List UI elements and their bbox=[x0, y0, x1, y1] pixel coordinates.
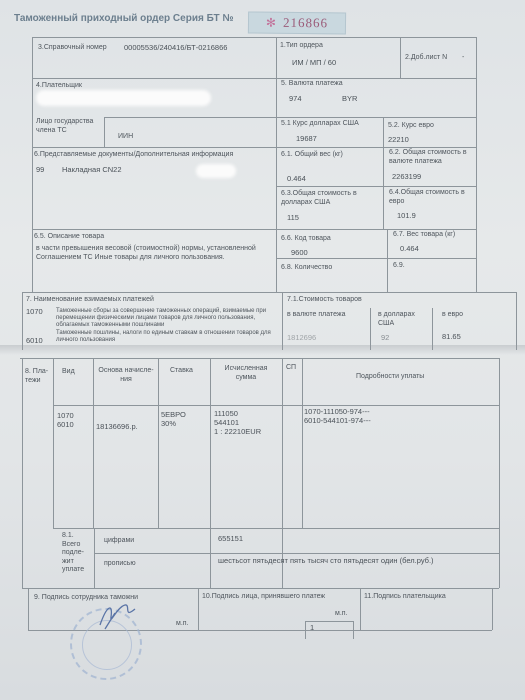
box6-2-label: 6.2. Общая стоимость в валюте платежа bbox=[389, 149, 473, 166]
box6-9-label: 6.9. bbox=[393, 262, 405, 271]
box2-value: - bbox=[462, 54, 464, 63]
box1-label: 1.Тип ордера bbox=[280, 42, 323, 51]
header-type: Вид bbox=[62, 368, 75, 377]
doc-code: 99 bbox=[36, 166, 44, 175]
box6-7-label: 6.7. Вес товара (кг) bbox=[393, 231, 455, 240]
serial-number: 216866 bbox=[283, 15, 328, 31]
col-payment-currency: в валюте платежа bbox=[287, 311, 345, 320]
box6-4-label: 6.4.Общая стоимость в евро bbox=[389, 189, 473, 206]
fee-description-2: Таможенные пошлины, налоги по единым ста… bbox=[56, 330, 278, 344]
box5-label: 5. Валюта платежа bbox=[281, 80, 343, 89]
box6-6-label: 6.6. Код товара bbox=[281, 235, 331, 244]
box5-2-label: 5.2. Курс евро bbox=[388, 122, 434, 131]
digits-label: цифрами bbox=[104, 537, 134, 546]
eur-rate: 22210 bbox=[388, 136, 409, 145]
col-usd: в долларах США bbox=[378, 311, 428, 328]
member-state-person-label: Лицо государства члена ТС bbox=[36, 118, 102, 135]
fee-code-1: 1070 bbox=[26, 308, 43, 317]
box9-mp: м.п. bbox=[176, 620, 189, 629]
serial-number-badge: ✻ 216866 bbox=[248, 11, 346, 34]
payment-type-2: 6010 bbox=[57, 421, 74, 430]
iin-label: ИИН bbox=[118, 133, 133, 142]
header-details: Подробности уплаты bbox=[356, 373, 424, 382]
total-cost-usd: 115 bbox=[287, 214, 299, 223]
header-sp: СП bbox=[286, 364, 296, 373]
asterisk-icon: ✻ bbox=[266, 15, 277, 30]
words-label: прописью bbox=[104, 560, 136, 569]
redacted-doc-number bbox=[196, 164, 236, 178]
box8-1-label: 8.1. Всего подле-жит уплате bbox=[62, 532, 92, 575]
box2-label: 2.Доб.лист N bbox=[405, 54, 447, 63]
payment-rate-2: 30% bbox=[161, 420, 176, 429]
total-cost-payment-currency: 2263199 bbox=[392, 173, 421, 182]
currency-name: BYR bbox=[342, 95, 357, 104]
goods-weight: 0.464 bbox=[400, 245, 419, 254]
goods-code: 9600 bbox=[291, 249, 308, 258]
box6-8-label: 6.8. Количество bbox=[281, 264, 332, 273]
box11-label: 11.Подпись плательщика bbox=[364, 593, 446, 602]
payment-base: 18136696.р. bbox=[96, 423, 138, 432]
box5-1-label: 5.1 Курс долларах США bbox=[281, 120, 359, 129]
box6-5-label: 6.5. Описание товара bbox=[34, 233, 104, 242]
fee-description-1: Таможенные сборы за совершение таможенны… bbox=[56, 308, 278, 329]
total-digits: 655151 bbox=[218, 535, 243, 544]
total-cost-eur: 101.9 bbox=[397, 212, 416, 221]
box6-label: 6.Представляемые документы/Дополнительна… bbox=[34, 151, 233, 160]
goods-cost-payment: 1812696 bbox=[287, 334, 316, 343]
goods-cost-usd: 92 bbox=[381, 334, 389, 343]
goods-cost-eur: 81.65 bbox=[442, 333, 461, 342]
payment-details-2: 6010-544101-974--- bbox=[304, 417, 371, 426]
header-amount: Исчисленная сумма bbox=[214, 365, 278, 382]
payment-exchange-rate: 1 : 22210EUR bbox=[214, 428, 261, 437]
box7-label: 7. Наименование взимаемых платежей bbox=[26, 296, 154, 305]
order-type: ИМ / МП / 60 bbox=[292, 59, 336, 68]
col-eur: в евро bbox=[442, 311, 463, 320]
usd-rate: 19687 bbox=[296, 135, 317, 144]
box10-mp: м.п. bbox=[335, 610, 348, 619]
paper-fold-shadow bbox=[0, 345, 525, 355]
header-base: Основа начисле-ния bbox=[98, 367, 154, 384]
box8-label: 8. Пла-тежи bbox=[25, 368, 51, 385]
box7-1-label: 7.1.Стоимость товаров bbox=[287, 296, 362, 305]
total-weight: 0.464 bbox=[287, 175, 306, 184]
page-number: 1 bbox=[310, 624, 314, 633]
currency-code: 974 bbox=[289, 95, 302, 104]
header-rate: Ставка bbox=[170, 367, 193, 376]
box6-1-label: 6.1. Общий вес (кг) bbox=[281, 151, 343, 160]
box10-label: 10.Подпись лица, принявшего платеж bbox=[202, 593, 325, 602]
document-title: Таможенный приходный ордер Серия БТ № bbox=[14, 13, 234, 24]
box3-label: 3.Справочный номер bbox=[38, 44, 107, 53]
goods-description: в части превышения весовой (стоимостной)… bbox=[36, 245, 264, 262]
signature-icon bbox=[95, 595, 145, 635]
box6-3-label: 6.3.Общая стоимость в долларах США bbox=[281, 190, 381, 207]
reference-number: 00005536/240416/БТ-0216866 bbox=[124, 44, 227, 53]
redacted-payer-name bbox=[36, 90, 211, 106]
fee-code-2: 6010 bbox=[26, 337, 43, 346]
total-words: шестьсот пятьдесят пять тысяч сто пятьде… bbox=[218, 557, 434, 566]
doc-name: Накладная CN22 bbox=[62, 166, 122, 175]
